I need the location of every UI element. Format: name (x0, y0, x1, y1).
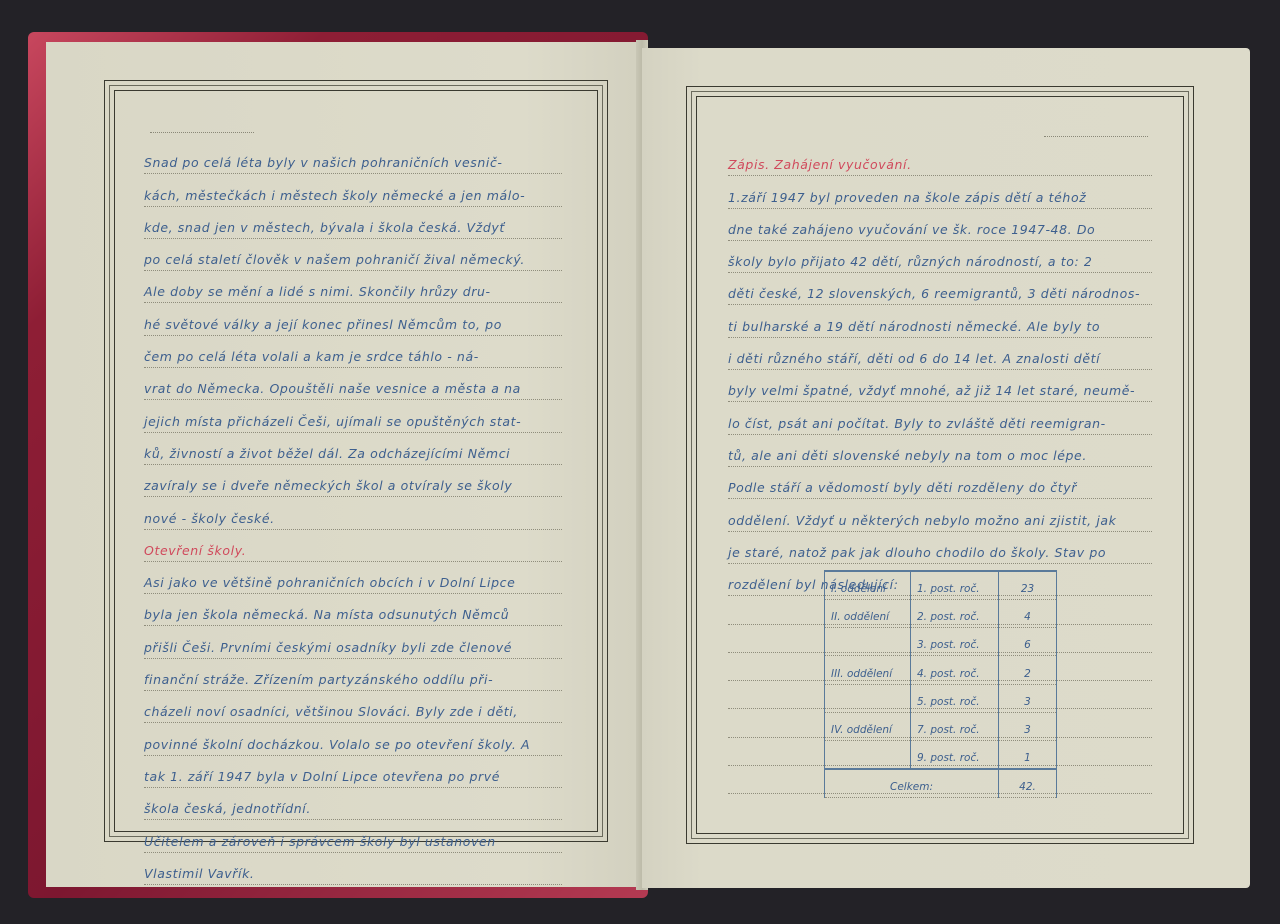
table-row: III. oddělení 4. post. roč. 2 (825, 656, 1057, 684)
text-line: cházeli noví osadníci, většinou Slováci.… (144, 691, 562, 723)
total-label: Celkem: (825, 769, 999, 797)
left-page: Snad po celá léta byly v našich pohranič… (46, 42, 644, 887)
text-line: hé světové války a její konec přinesl Ně… (144, 303, 562, 335)
section-heading: Otevření školy. (144, 530, 562, 562)
text-line: je staré, natož pak jak dlouho chodilo d… (728, 532, 1152, 564)
department-cell (825, 684, 911, 712)
text-line: školy bylo přijato 42 dětí, různých náro… (728, 241, 1152, 273)
grade-cell: 1. post. roč. (911, 571, 999, 599)
text-line: byla jen škola německá. Na místa odsunut… (144, 594, 562, 626)
table-total-row: Celkem: 42. (825, 769, 1057, 797)
text-line: čem po celá léta volali a kam je srdce t… (144, 336, 562, 368)
grade-cell: 7. post. roč. (911, 712, 999, 740)
text-line: ti bulharské a 19 dětí národnosti německ… (728, 305, 1152, 337)
text-line: 1.září 1947 byl proveden na škole zápis … (728, 176, 1152, 208)
text-line: oddělení. Vždyť u některých nebylo možno… (728, 499, 1152, 531)
right-page-text: Zápis. Zahájení vyučování. 1.září 1947 b… (728, 144, 1152, 596)
department-cell: II. oddělení (825, 599, 911, 627)
text-line: finanční stráže. Zřízením partyzánského … (144, 659, 562, 691)
grade-cell: 4. post. roč. (911, 656, 999, 684)
count-cell: 2 (999, 656, 1057, 684)
table-row: II. oddělení 2. post. roč. 4 (825, 599, 1057, 627)
text-line: tak 1. září 1947 byla v Dolní Lipce otev… (144, 756, 562, 788)
grade-cell: 9. post. roč. (911, 741, 999, 769)
text-line: Asi jako ve většině pohraničních obcích … (144, 562, 562, 594)
total-value: 42. (999, 769, 1057, 797)
text-line: dne také zahájeno vyučování ve šk. roce … (728, 209, 1152, 241)
section-heading: Zápis. Zahájení vyučování. (728, 144, 1152, 176)
department-cell: IV. oddělení (825, 712, 911, 740)
text-line: po celá staletí člověk v našem pohraničí… (144, 239, 562, 271)
signature-line: Vlastimil Vavřík. (144, 853, 562, 885)
count-cell: 6 (999, 628, 1057, 656)
grade-cell: 2. post. roč. (911, 599, 999, 627)
text-line: Podle stáří a vědomostí byly děti rozděl… (728, 467, 1152, 499)
department-cell: I. oddělení (825, 571, 911, 599)
text-line: děti české, 12 slovenských, 6 reemigrant… (728, 273, 1152, 305)
left-page-header-line (150, 132, 254, 133)
text-line: přišli Češi. Prvními českými osadníky by… (144, 626, 562, 658)
left-page-text: Snad po celá léta byly v našich pohranič… (144, 142, 562, 885)
text-line: byly velmi špatné, vždyť mnohé, až již 1… (728, 370, 1152, 402)
table-row: 5. post. roč. 3 (825, 684, 1057, 712)
department-cell (825, 741, 911, 769)
text-line: jejich místa přicházeli Češi, ujímali se… (144, 400, 562, 432)
text-line: vrat do Německa. Opouštěli naše vesnice … (144, 368, 562, 400)
text-line: Snad po celá léta byly v našich pohranič… (144, 142, 562, 174)
class-distribution-table: I. oddělení 1. post. roč. 23 II. oddělen… (824, 570, 1057, 798)
text-line: povinné školní docházkou. Volalo se po o… (144, 723, 562, 755)
text-line: kách, městečkách i městech školy německé… (144, 174, 562, 206)
text-line: tů, ale ani děti slovenské nebyly na tom… (728, 435, 1152, 467)
count-cell: 4 (999, 599, 1057, 627)
text-line: i děti různého stáří, děti od 6 do 14 le… (728, 338, 1152, 370)
text-line: zavíraly se i dveře německých škol a otv… (144, 465, 562, 497)
table-row: 3. post. roč. 6 (825, 628, 1057, 656)
text-line: nové - školy české. (144, 497, 562, 529)
grade-cell: 5. post. roč. (911, 684, 999, 712)
department-cell (825, 628, 911, 656)
count-cell: 3 (999, 712, 1057, 740)
right-page-header-line (1044, 136, 1148, 137)
table-row: 9. post. roč. 1 (825, 741, 1057, 769)
count-cell: 23 (999, 571, 1057, 599)
text-line: ků, živností a život běžel dál. Za odchá… (144, 433, 562, 465)
right-page: Zápis. Zahájení vyučování. 1.září 1947 b… (642, 48, 1250, 888)
table-row: I. oddělení 1. post. roč. 23 (825, 571, 1057, 599)
text-line: Ale doby se mění a lidé s nimi. Skončily… (144, 271, 562, 303)
count-cell: 1 (999, 741, 1057, 769)
text-line: lo číst, psát ani počítat. Byly to zvláš… (728, 402, 1152, 434)
table-row: IV. oddělení 7. post. roč. 3 (825, 712, 1057, 740)
grade-cell: 3. post. roč. (911, 628, 999, 656)
text-line: Učitelem a zároveň i správcem školy byl … (144, 820, 562, 852)
text-line: škola česká, jednotřídní. (144, 788, 562, 820)
count-cell: 3 (999, 684, 1057, 712)
text-line: kde, snad jen v městech, bývala i škola … (144, 207, 562, 239)
department-cell: III. oddělení (825, 656, 911, 684)
